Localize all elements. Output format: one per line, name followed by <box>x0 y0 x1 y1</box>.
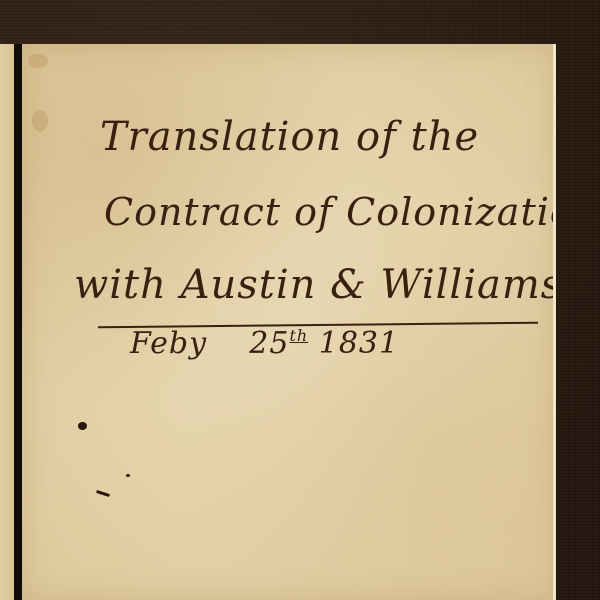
date-month: Feby <box>130 326 207 361</box>
title-line-3: with Austin & Williams <box>74 262 556 308</box>
paper-stain <box>32 110 48 132</box>
date-suffix: th <box>289 326 308 345</box>
page-gutter <box>14 44 22 600</box>
date-day: 25 <box>249 326 289 361</box>
title-line-2: Contract of Colonization <box>104 190 556 234</box>
date-year: 1831 <box>319 326 399 361</box>
ink-blot <box>96 490 110 497</box>
title-line-1: Translation of the <box>100 114 479 160</box>
manuscript-page: Translation of the Contract of Colonizat… <box>22 44 556 600</box>
page-right-edge <box>553 44 556 600</box>
paper-stain <box>28 54 48 68</box>
ink-blot <box>78 422 87 430</box>
date-line: Feby 25th 1831 <box>130 326 399 361</box>
adjacent-page-edge <box>0 44 14 600</box>
ink-blot <box>126 474 130 477</box>
